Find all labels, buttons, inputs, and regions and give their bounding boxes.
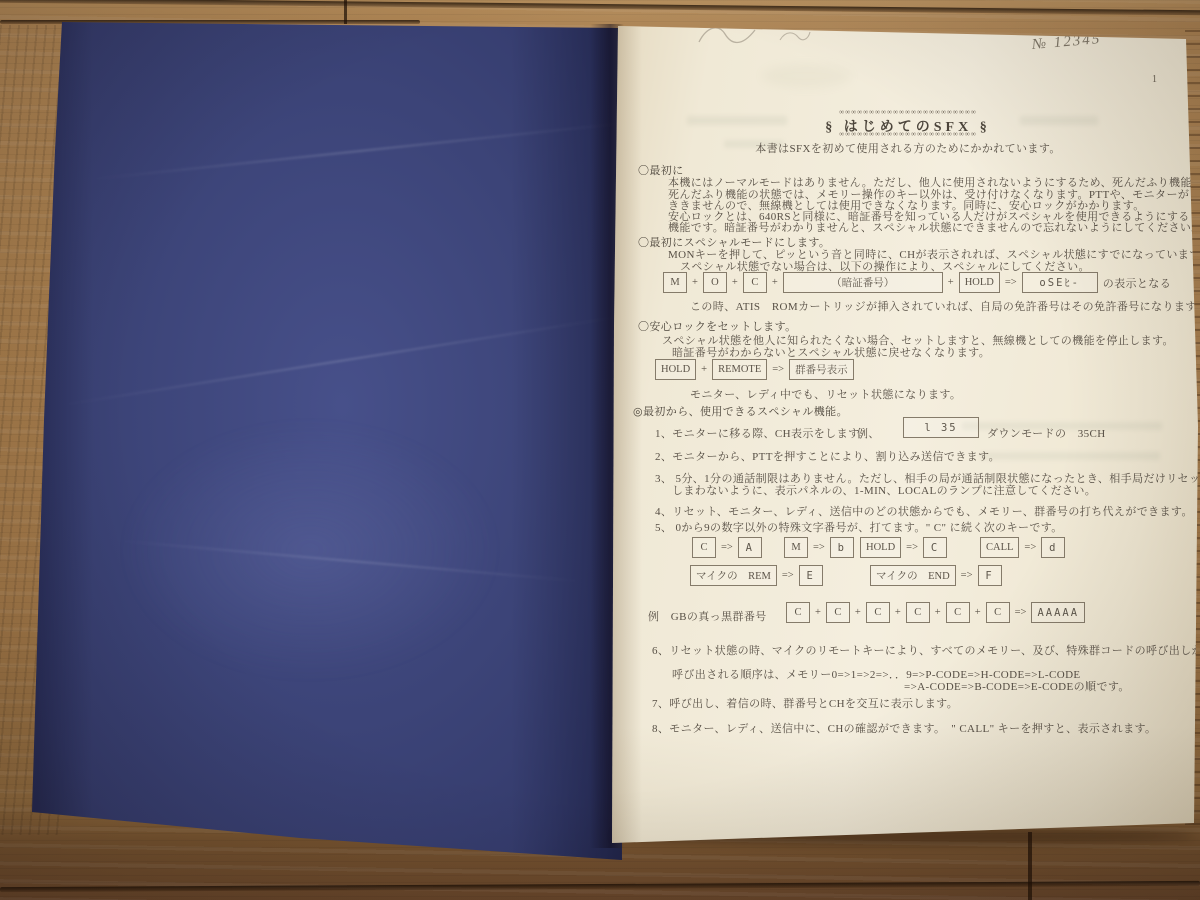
arrow-op: =>	[782, 570, 794, 581]
body-line: モニター、レディ中でも、リセット状態になります。	[690, 386, 961, 402]
body-line: 暗証番号がわからないとスペシャル状態に戻せなくなります。	[672, 344, 990, 360]
channel-display: l 35	[903, 417, 979, 438]
page-intro: 本書はSFXを初めて使用される方のためにかかれています。	[628, 140, 1188, 156]
cover-sheen	[120, 420, 500, 680]
key-mapping: CALL => d	[980, 537, 1065, 558]
arrow-op: =>	[813, 542, 825, 553]
key-mapping: M => b	[784, 537, 854, 558]
example-label: 例、	[857, 425, 880, 441]
body-line: 機能です。暗証番号がわかりませんと、スペシャル状態にできませんので忘れないように…	[668, 219, 1200, 235]
key-sequence-lock: HOLD + REMOTE => 群番号表示	[655, 359, 854, 380]
header-chain-top: ∞∞∞∞∞∞∞∞∞∞∞∞∞∞∞∞∞∞∞∞∞∞∞	[628, 108, 1188, 116]
display-caption: ダウンモードの 35CH	[987, 425, 1106, 441]
list-item: 4、リセット、モニター、レディ、送信中のどの状態からでも、メモリー、群番号の打ち…	[655, 503, 1193, 519]
key-mapping: HOLD => C	[860, 537, 947, 558]
display-box: 群番号表示	[789, 359, 854, 380]
key-box: C	[986, 602, 1010, 623]
plus-op: +	[692, 277, 698, 288]
arrow-op: =>	[906, 542, 918, 553]
arrow-op: =>	[1005, 277, 1017, 288]
display-box: A	[738, 537, 762, 558]
key-box: C	[692, 537, 716, 558]
page-number: 1	[1152, 74, 1157, 85]
arrow-op: =>	[721, 542, 733, 553]
header-chain-bottom: ∞∞∞∞∞∞∞∞∞∞∞∞∞∞∞∞∞∞∞∞∞∞∞	[628, 130, 1188, 138]
list-item: 1、モニターに移る際、CH表示をします。	[655, 425, 870, 441]
key-box: M	[784, 537, 808, 558]
display-box: b	[830, 537, 854, 558]
plus-op: +	[935, 607, 941, 618]
display-box: oSEﾋ-	[1022, 272, 1098, 293]
arrow-op: =>	[1015, 607, 1027, 618]
example-label: 例 GBの真っ黒群番号	[648, 608, 767, 624]
key-mapping: マイクの REM => E	[690, 565, 823, 586]
ghost-text	[980, 452, 1160, 460]
display-suffix: の表示となる	[1103, 275, 1171, 291]
key-box: CALL	[980, 537, 1019, 558]
key-box: C	[866, 602, 890, 623]
display-box: C	[923, 537, 947, 558]
smudge	[762, 64, 852, 88]
key-box: C	[906, 602, 930, 623]
key-box: REMOTE	[712, 359, 767, 380]
key-box: HOLD	[655, 359, 696, 380]
body-line: =>A-CODE=>B-CODE=>E-CODEの順です。	[904, 678, 1130, 694]
key-box: C	[786, 602, 810, 623]
plus-op: +	[732, 277, 738, 288]
key-box: C	[826, 602, 850, 623]
key-box: M	[663, 272, 687, 293]
plus-op: +	[948, 277, 954, 288]
plus-op: +	[701, 364, 707, 375]
key-box: C	[946, 602, 970, 623]
key-box: HOLD	[959, 272, 1000, 293]
arrow-op: =>	[961, 570, 973, 581]
blue-cover	[0, 0, 622, 900]
list-item: 2、モニターから、PTTを押すことにより、割り込み送信できます。	[655, 448, 1000, 464]
section-functions-heading: ◎最初から、使用できるスペシャル機能。	[633, 403, 848, 419]
body-line: この時、ATIS ROMカートリッジが挿入されていれば、自局の免許番号はその免許…	[690, 298, 1200, 314]
example-key-sequence: C + C + C + C + C + C => AAAAA	[786, 602, 1085, 623]
plus-op: +	[772, 277, 778, 288]
key-sequence-special: M + O + C + （暗証番号） + HOLD => oSEﾋ- の表示とな…	[663, 272, 1171, 293]
key-box: マイクの END	[870, 565, 956, 586]
key-mapping: マイクの END => F	[870, 565, 1002, 586]
key-box: C	[743, 272, 767, 293]
list-item: 7、呼び出し、着信の時、群番号とCHを交互に表示します。	[652, 695, 958, 711]
plus-op: +	[855, 607, 861, 618]
arrow-op: =>	[1024, 542, 1036, 553]
display-box: d	[1041, 537, 1065, 558]
list-item: しまわないように、表示パネルの、1-MIN、LOCALのランプに注意してください…	[672, 482, 1096, 498]
display-box: F	[978, 565, 1002, 586]
pencil-scribble	[778, 28, 812, 44]
plus-op: +	[975, 607, 981, 618]
arrow-op: =>	[772, 364, 784, 375]
manual-page: № 12345 1 ∞∞∞∞∞∞∞∞∞∞∞∞∞∞∞∞∞∞∞∞∞∞∞ § はじめて…	[612, 26, 1200, 846]
list-item: 5、 0から9の数字以外の特殊文字番号が、打てます。" C" に続く次のキーです…	[655, 519, 1063, 535]
key-mapping: C => A	[692, 537, 762, 558]
key-box: マイクの REM	[690, 565, 777, 586]
key-box: O	[703, 272, 727, 293]
list-item: 6、リセット状態の時、マイクのリモートキーにより、すべてのメモリー、及び、特殊群…	[652, 642, 1200, 658]
display-box: AAAAA	[1031, 602, 1085, 623]
plus-op: +	[815, 607, 821, 618]
plank-joint	[344, 0, 347, 24]
plus-op: +	[895, 607, 901, 618]
display-box: l 35	[903, 417, 979, 438]
key-box-passcode: （暗証番号）	[783, 272, 943, 293]
display-box: E	[799, 565, 823, 586]
key-box: HOLD	[860, 537, 901, 558]
list-item: 8、モニター、レディ、送信中に、CHの確認ができます。 " CALL" キーを押…	[652, 720, 1156, 736]
